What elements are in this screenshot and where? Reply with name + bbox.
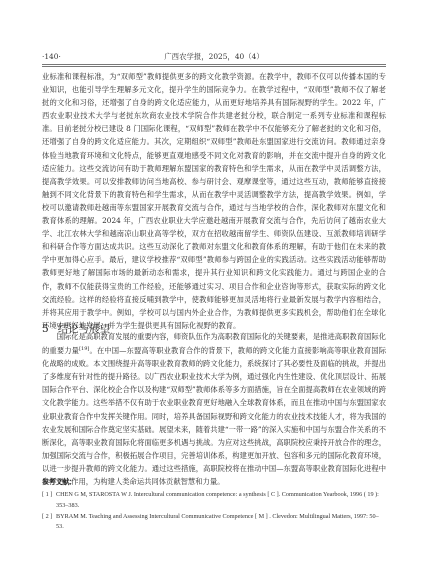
references-list: [ 1 ] CHEN G M, STAROSTA W J. Intercultu… (42, 490, 386, 533)
journal-citation: 广西农学报，2025，40（4） (42, 51, 386, 63)
references-title: 参考文献： (42, 476, 76, 486)
body-paragraph: 业标准和课程标准，为“双师型”教师提供更多的跨文化教学资源。在教学中，教师不仅可… (42, 70, 386, 332)
conclusion-text: 国际化是高职教育发展的重要内容，师资队伍作为高职教育国际化的关键要素，是推进高职… (42, 330, 386, 488)
header-double-rule (42, 64, 386, 67)
reference-item: [ 1 ] CHEN G M, STAROSTA W J. Intercultu… (42, 490, 386, 511)
conclusion-text-part2: 。在中国—东盟高等职业教育合作的背景下，教师的跨文化能力直接影响高等职业教育国际… (42, 346, 386, 486)
reference-index: [ 1 ] (42, 490, 56, 511)
conclusion-paragraph: 国际化是高职教育发展的重要内容，师资队伍作为高职教育国际化的关键要素，是推进高职… (42, 330, 386, 488)
reference-item: [ 2 ] BYRAM M. Teaching and Assessing In… (42, 512, 386, 533)
reference-text: CHEN G M, STAROSTA W J. Intercultural co… (56, 490, 386, 511)
reference-index: [ 2 ] (42, 512, 56, 533)
reference-text: BYRAM M. Teaching and Assessing Intercul… (56, 512, 386, 533)
citation-marker[interactable]: [19] (79, 346, 89, 352)
running-header: ·140· 广西农学报，2025，40（4） (42, 51, 386, 63)
body-text: 业标准和课程标准，为“双师型”教师提供更多的跨文化教学资源。在教学中，教师不仅可… (42, 70, 386, 332)
